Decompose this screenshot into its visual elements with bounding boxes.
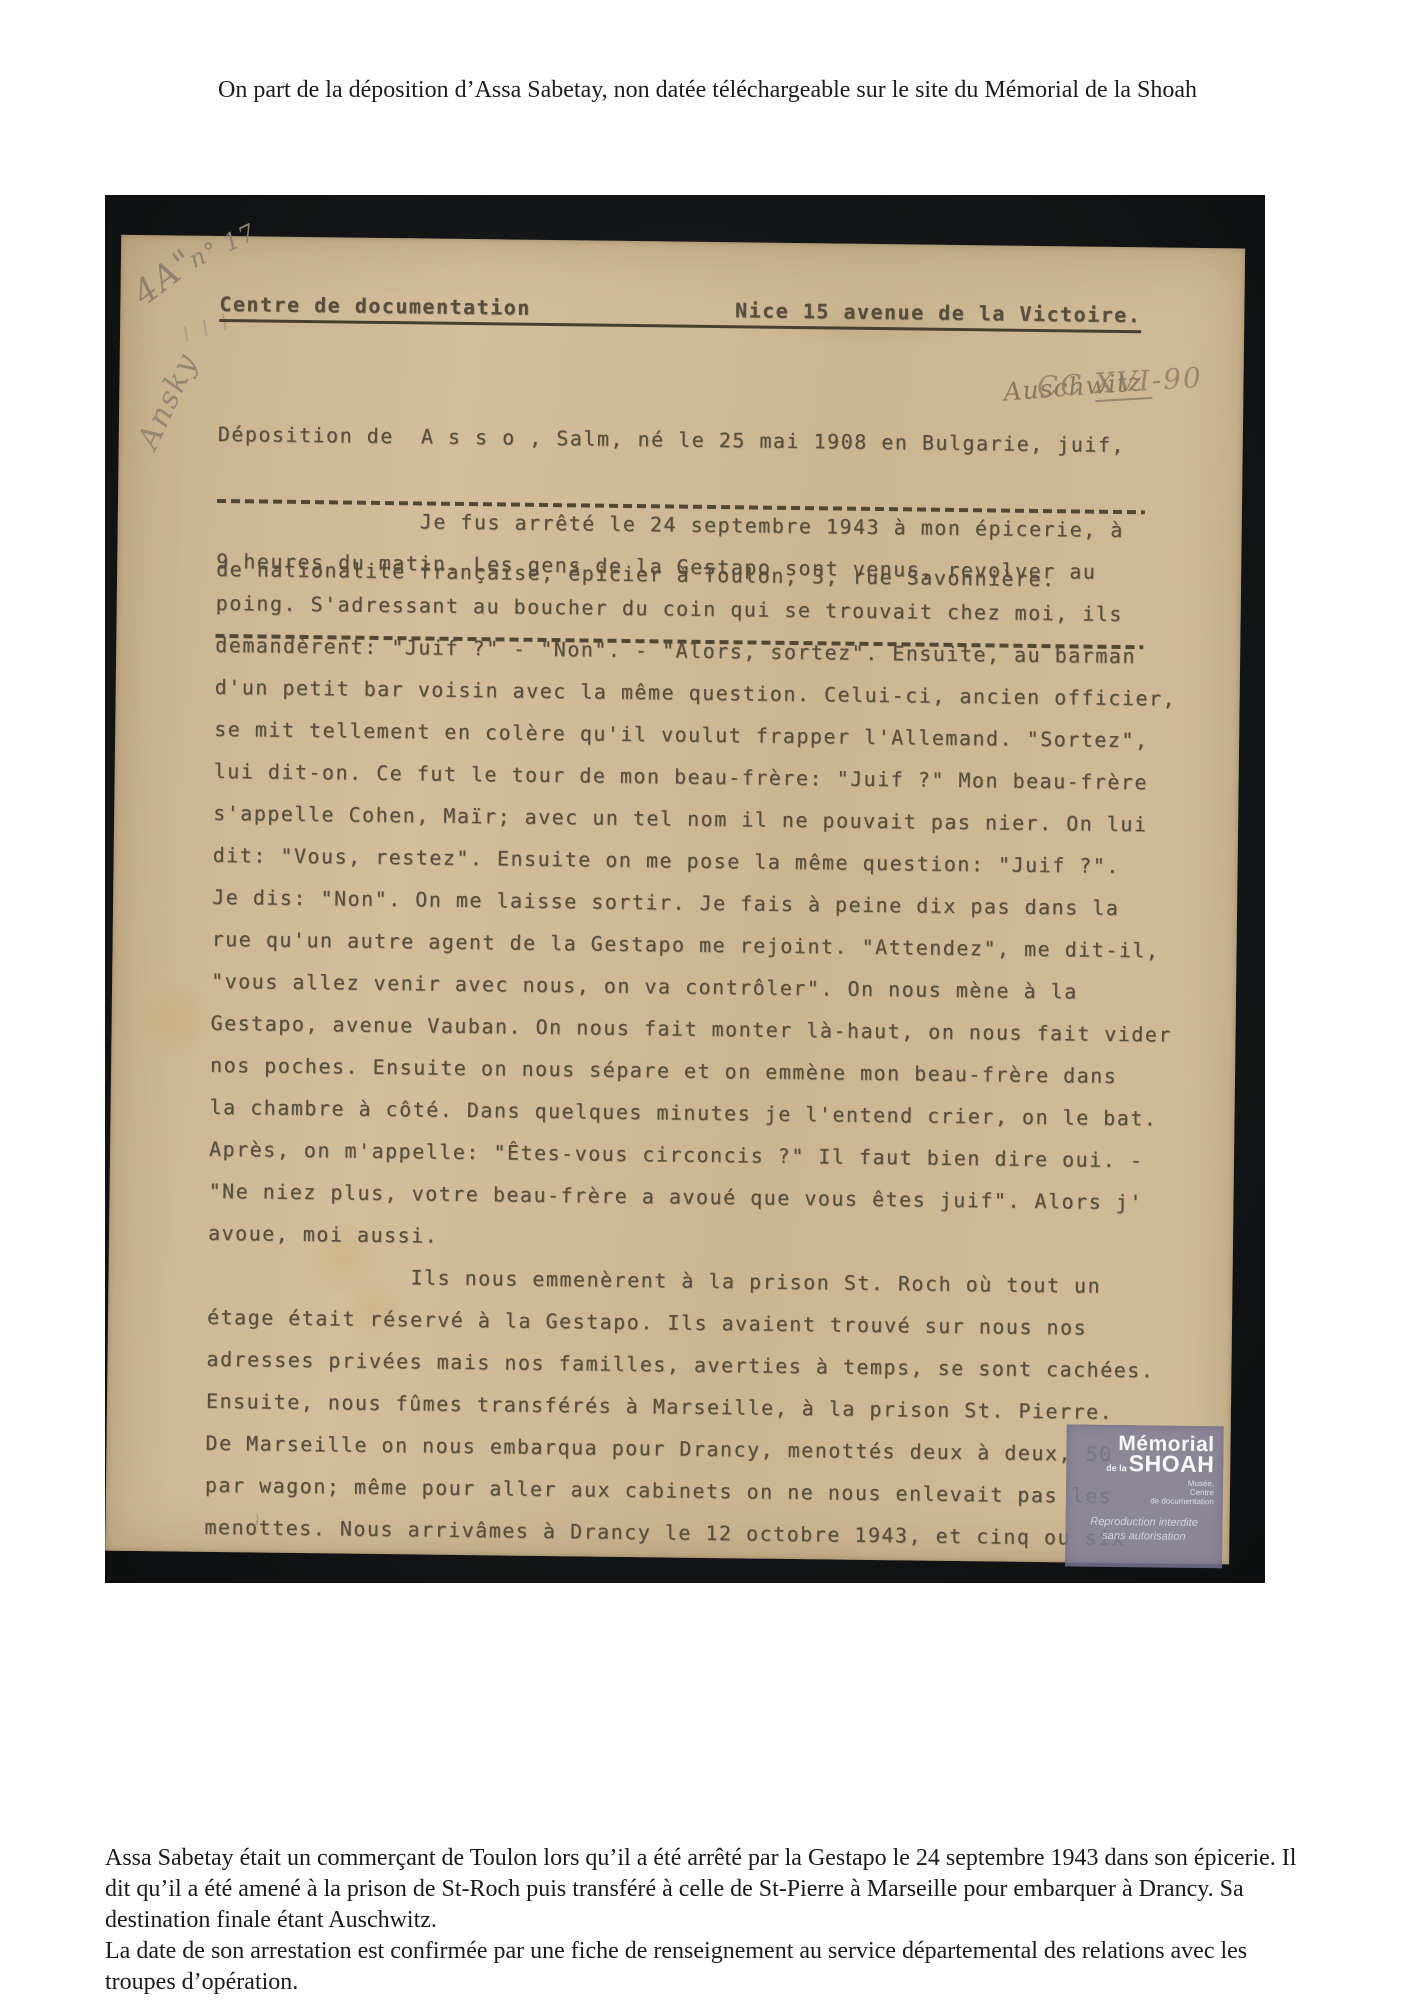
stamp-logo-line2: de laSHOAH xyxy=(1075,1453,1214,1480)
header-address-label: Nice 15 avenue de la Victoire. xyxy=(735,298,1141,327)
stamp-notice-line2: sans autorisation xyxy=(1074,1528,1213,1544)
deposition-body: Je fus arrêté le 24 septembre 1943 à mon… xyxy=(204,498,1227,1560)
stamp-notice-line1: Reproduction interdite xyxy=(1075,1515,1214,1531)
header-centre-label: Centre de documentation xyxy=(219,292,531,320)
document-paper: 4A" n° 17 Centre de documentation Nice 1… xyxy=(105,235,1245,1565)
cote-suffix: -90 xyxy=(1151,361,1204,397)
commentary-paragraph-1: Assa Sabetay était un commerçant de Toul… xyxy=(105,1843,1300,1936)
stamp-logo-dela: de la xyxy=(1106,1463,1127,1473)
paper-stain xyxy=(133,975,212,1062)
page-bottom-commentary: Assa Sabetay était un commerçant de Toul… xyxy=(105,1843,1300,1998)
scanned-document: 4A" n° 17 Centre de documentation Nice 1… xyxy=(105,195,1265,1583)
commentary-paragraph-2: La date de son arrestation est confirmée… xyxy=(105,1936,1300,1998)
stamp-reproduction-notice: Reproduction interdite sans autorisation xyxy=(1074,1515,1213,1545)
stamp-logo-shoah: SHOAH xyxy=(1129,1450,1215,1477)
memorial-shoah-stamp: Mémorial de laSHOAH Musée, Centre de doc… xyxy=(1065,1424,1224,1568)
deposition-intro-line: Déposition de A s s o , Salm, né le 25 m… xyxy=(218,422,1158,459)
handwritten-number: n° 17 xyxy=(185,218,261,273)
stamp-sub-line: de documentation xyxy=(1075,1496,1214,1507)
page-top-caption: On part de la déposition d’Assa Sabetay,… xyxy=(0,74,1415,106)
handwritten-margin-name: Ansky xyxy=(131,347,205,454)
